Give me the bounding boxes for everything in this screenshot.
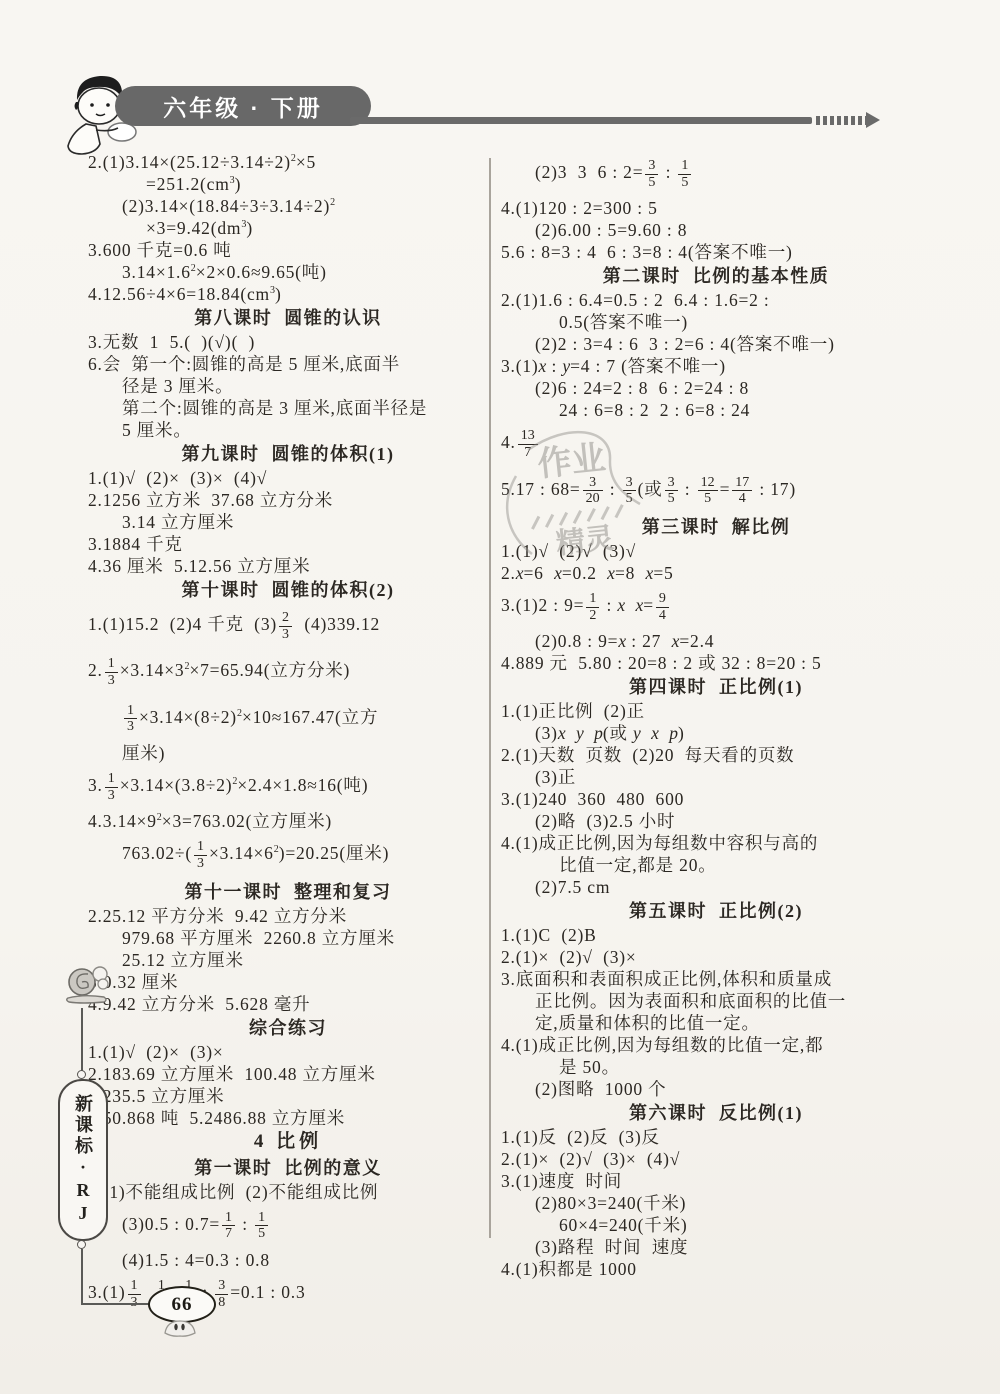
answer-line: 5.17 : 68=320 : 35(或35 : 125=174 : 17) [501,468,931,514]
lesson-heading: 第二课时 比例的基本性质 [501,263,931,289]
answer-line: 比值一定,都是 20。 [501,854,931,876]
edition-capsule: 新课标·RJ [58,1079,108,1241]
fraction: 174 [732,475,752,507]
answer-line: (4)1.5 : 4=0.3 : 0.8 [88,1249,488,1271]
page: 六年级 · 下册 2.(1)3.14×(25.12÷3.14÷2)2×5=251… [0,0,1000,1394]
answer-line: 4.137 [501,421,931,467]
answer-line: 3.14 立方厘米 [88,511,488,533]
fraction: 38 [215,1278,228,1310]
answer-line: 4.(1)积都是 1000 [501,1258,931,1280]
answer-line: (2)2 : 3=4 : 6 3 : 2=6 : 4(答案不唯一) [501,333,931,355]
answer-line: 1.(1)15.2 (2)4 千克 (3)23 (4)339.12 [88,603,488,649]
answer-line: 1.(1)正比例 (2)正 [501,700,931,722]
answer-line: 3.(1)13 13 18 : 38=0.1 : 0.3 [88,1271,488,1317]
connector-node [77,1240,86,1249]
answer-line: 4.(1)成正比例,因为每组数中容积与高的 [501,832,931,854]
answer-line: 4.36 厘米 5.12.56 立方厘米 [88,555,488,577]
lesson-heading: 第九课时 圆锥的体积(1) [88,441,488,467]
answer-line: 60×4=240(千米) [501,1214,931,1236]
answer-line: 1.(1)√ (2)√ (3)√ [501,540,931,562]
answer-line: 3.600 千克=0.6 吨 [88,239,488,261]
lesson-heading: 第十课时 圆锥的体积(2) [88,577,488,603]
answer-line: (2)6 : 24=2 : 8 6 : 2=24 : 8 [501,377,931,399]
answer-line: 2.183.69 立方厘米 100.48 立方厘米 [88,1063,488,1085]
answer-line: (3)x y p(或 y x p) [501,722,931,744]
answer-line: (2)6.00 : 5=9.60 : 8 [501,219,931,241]
answer-line: 4.(1)120 : 2=300 : 5 [501,197,931,219]
answer-line: 1.(1)√ (2)× (3)× [88,1041,488,1063]
answer-line: (2)3.14×(18.84÷3÷3.14÷2)2 [88,195,488,217]
answer-line: (2)图略 1000 个 [501,1078,931,1100]
answer-line: 2.(1)3.14×(25.12÷3.14÷2)2×5 [88,151,488,173]
column-divider [489,158,491,1238]
fraction: 137 [518,428,538,460]
answer-line: 3.13×3.14×(3.8÷2)2×2.4×1.8≈16(吨) [88,764,488,810]
lesson-heading: 第十一课时 整理和复习 [88,879,488,905]
fraction: 320 [583,475,603,507]
footer-face-icon [162,1318,198,1338]
left-column: 2.(1)3.14×(25.12÷3.14÷2)2×5=251.2(cm3)(2… [88,151,488,1317]
lesson-heading: 综合练习 [88,1015,488,1041]
answer-line: 24 : 6=8 : 2 2 : 6=8 : 24 [501,399,931,421]
fraction: 13 [128,1278,141,1310]
lesson-heading: 第六课时 反比例(1) [501,1100,931,1126]
right-column: (2)3 3 6 : 2=35 : 154.(1)120 : 2=300 : 5… [501,151,931,1280]
answer-line: 第二个:圆锥的高是 3 厘米,底面半径是 [88,397,488,419]
answer-line: 2.(1)不能组成比例 (2)不能组成比例 [88,1181,488,1203]
answer-line: 2.(1)× (2)√ (3)× (4)√ [501,1148,931,1170]
answer-line: 763.02÷(13×3.14×62)=20.25(厘米) [88,832,488,878]
fraction: 12 [586,591,599,623]
page-number: 66 [172,1294,193,1316]
arrow-right-icon [866,112,880,128]
answer-line: 4.3.14×92×3=763.02(立方厘米) [88,810,488,832]
answer-line: 1.(1)√ (2)× (3)× (4)√ [88,467,488,489]
fraction: 13 [124,703,137,735]
answer-line: 3.(1)速度 时间 [501,1170,931,1192]
answer-line: 3.无数 1 5.( )(√)( ) [88,331,488,353]
fraction: 13 [105,656,118,688]
answer-line: 4.889 元 5.80 : 20=8 : 2 或 32 : 8=20 : 5 [501,652,931,674]
answer-line: 2.(1)× (2)√ (3)× [501,946,931,968]
answer-line: (2)3 3 6 : 2=35 : 15 [501,151,931,197]
margin-connector-line [81,1008,83,1072]
answer-line: 径是 3 厘米。 [88,375,488,397]
grade-title: 六年级 · 下册 [163,90,322,123]
fraction: 13 [194,839,207,871]
answer-line: 4.50.868 吨 5.2486.88 立方厘米 [88,1107,488,1129]
margin-connector-line [81,1249,83,1305]
lesson-heading: 第八课时 圆锥的认识 [88,305,488,331]
answer-line: 3.(1)2 : 9=12 : x x=94 [501,584,931,630]
answer-line: 正比例。因为表面积和底面积的比值一 [501,990,931,1012]
header-banner: 六年级 · 下册 [115,86,371,126]
answer-line: 2.x=6 x=0.2 x=8 x=5 [501,562,931,584]
answer-line: 25.12 立方厘米 [88,949,488,971]
answer-line: 4.12.56÷4×6=18.84(cm3) [88,283,488,305]
fraction: 15 [678,158,691,190]
answer-line: 3.(1)240 360 480 600 [501,788,931,810]
edition-label: 新课标·RJ [70,1094,96,1226]
answer-line: (3)0.5 : 0.7=17 : 15 [88,1203,488,1249]
answer-line: 3.底面积和表面积成正比例,体积和质量成 [501,968,931,990]
chapter-heading: 4 比例 [88,1129,488,1155]
margin-connector-line [81,1303,151,1305]
answer-line: 3.(1)x : y=4 : 7 (答案不唯一) [501,355,931,377]
answer-line: 5 厘米。 [88,419,488,441]
lesson-heading: 第一课时 比例的意义 [88,1155,488,1181]
answer-line: 2.13×3.14×32×7=65.94(立方分米) [88,649,488,695]
fraction: 35 [623,475,636,507]
answer-line: 2.(1)1.6 : 6.4=0.5 : 2 6.4 : 1.6=2 : [501,289,931,311]
answer-line: 979.68 平方厘米 2260.8 立方厘米 [88,927,488,949]
fraction: 15 [255,1210,268,1242]
header-line [350,117,812,124]
answer-line: 3.235.5 立方厘米 [88,1085,488,1107]
answer-line: 2.25.12 平方分米 9.42 立方分米 [88,905,488,927]
answer-line: (3)正 [501,766,931,788]
answer-line: 5.6 : 8=3 : 4 6 : 3=8 : 4(答案不唯一) [501,241,931,263]
answer-line: 厘米) [88,742,488,764]
answer-line: 是 50。 [501,1056,931,1078]
header-line-dashes [816,116,866,125]
answer-line: 4.9.42 立方分米 5.628 毫升 [88,993,488,1015]
answer-line: 1.(1)C (2)B [501,924,931,946]
lesson-heading: 第三课时 解比例 [501,514,931,540]
answer-line: 13×3.14×(8÷2)2×10≈167.47(立方 [88,696,488,742]
fraction: 125 [698,475,718,507]
answer-line: 3.0.32 厘米 [88,971,488,993]
answer-line: 6.会 第一个:圆锥的高是 5 厘米,底面半 [88,353,488,375]
connector-node [77,1070,86,1079]
answer-line: 定,质量和体积的比值一定。 [501,1012,931,1034]
answer-line: (3)路程 时间 速度 [501,1236,931,1258]
answer-line: 4.(1)成正比例,因为每组数的比值一定,都 [501,1034,931,1056]
fraction: 13 [105,771,118,803]
answer-line: 3.14×1.62×2×0.6≈9.65(吨) [88,261,488,283]
lesson-heading: 第四课时 正比例(1) [501,674,931,700]
fraction: 94 [656,591,669,623]
fraction: 23 [279,610,292,642]
fraction: 35 [665,475,678,507]
answer-line: 3.1884 千克 [88,533,488,555]
answer-line: 2.(1)天数 页数 (2)20 每天看的页数 [501,744,931,766]
answer-line: 1.(1)反 (2)反 (3)反 [501,1126,931,1148]
answer-line: (2)0.8 : 9=x : 27 x=2.4 [501,630,931,652]
answer-line: ×3=9.42(dm3) [88,217,488,239]
answer-line: (2)略 (3)2.5 小时 [501,810,931,832]
fraction: 35 [645,158,658,190]
snail-icon [60,960,114,1008]
answer-line: 0.5(答案不唯一) [501,311,931,333]
answer-line: (2)7.5 cm [501,876,931,898]
answer-line: (2)80×3=240(千米) [501,1192,931,1214]
answer-line: =251.2(cm3) [88,173,488,195]
fraction: 17 [222,1210,235,1242]
answer-line: 2.1256 立方米 37.68 立方分米 [88,489,488,511]
lesson-heading: 第五课时 正比例(2) [501,898,931,924]
